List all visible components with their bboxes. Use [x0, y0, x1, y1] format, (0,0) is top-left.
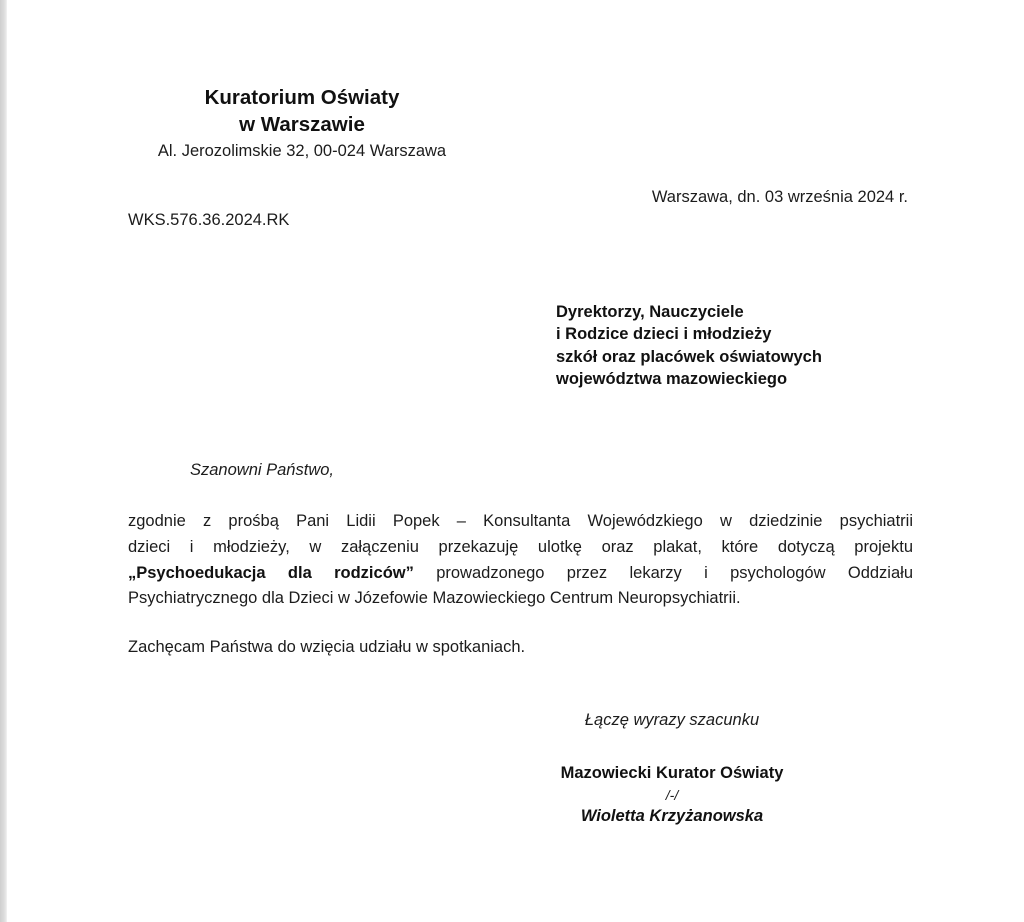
- letter-page: Kuratorium Oświaty w Warszawie Al. Jeroz…: [7, 0, 1024, 922]
- signature-regards: Łączę wyrazy szacunku: [512, 709, 832, 731]
- addressee-line: Dyrektorzy, Nauczyciele: [556, 301, 822, 323]
- addressee-line: i Rodzice dzieci i młodzieży: [556, 323, 822, 345]
- viewer-edge-strip: [0, 0, 7, 922]
- addressee-line: szkół oraz placówek oświatowych: [556, 346, 822, 368]
- organization-name: Kuratorium Oświaty: [127, 84, 477, 111]
- project-name: „Psychoedukacja dla rodziców”: [128, 564, 414, 582]
- organization-address: Al. Jerozolimskie 32, 00-024 Warszawa: [127, 140, 477, 162]
- letter-body-paragraph: zgodnie z prośbą Pani Lidii Popek – Kons…: [128, 509, 913, 612]
- signature-mark: /-/: [512, 784, 832, 806]
- body-line: „Psychoedukacja dla rodziców” prowadzone…: [128, 561, 913, 587]
- signatory-name: Wioletta Krzyżanowska: [512, 805, 832, 827]
- body-line: Psychiatrycznego dla Dzieci w Józefowie …: [128, 586, 913, 612]
- signatory-title: Mazowiecki Kurator Oświaty: [512, 762, 832, 784]
- addressee-block: Dyrektorzy, Nauczyciele i Rodzice dzieci…: [556, 301, 822, 390]
- letter-date: Warszawa, dn. 03 września 2024 r.: [652, 186, 908, 208]
- reference-number: WKS.576.36.2024.RK: [128, 209, 289, 231]
- body-line: zgodnie z prośbą Pani Lidii Popek – Kons…: [128, 509, 913, 535]
- closing-paragraph: Zachęcam Państwa do wzięcia udziału w sp…: [128, 636, 525, 658]
- body-line: dzieci i młodzieży, w załączeniu przekaz…: [128, 535, 913, 561]
- body-line-rest: prowadzonego przez lekarzy i psychologów…: [414, 564, 913, 582]
- organization-city: w Warszawie: [127, 111, 477, 138]
- salutation: Szanowni Państwo,: [190, 459, 334, 481]
- addressee-line: województwa mazowieckiego: [556, 368, 822, 390]
